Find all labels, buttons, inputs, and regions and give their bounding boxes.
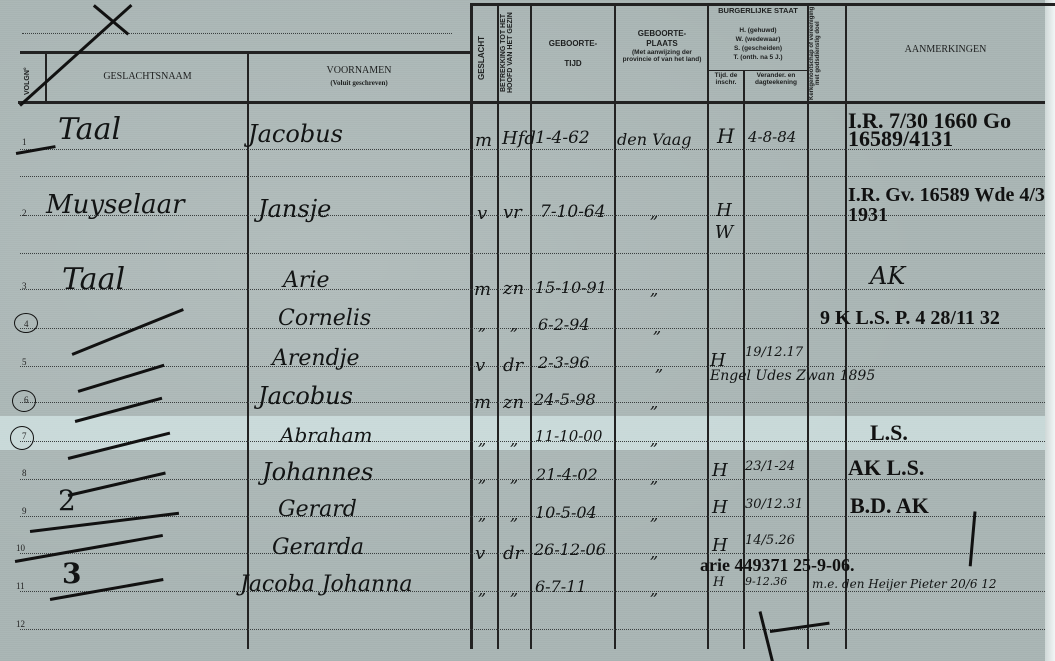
given-row-10: Gerarda	[272, 535, 364, 560]
margin-mark-11: 3	[62, 557, 81, 590]
row-number-9: 9	[22, 506, 27, 516]
birthdate-row-10: 26-12-06	[534, 540, 606, 559]
sex-row-8: „	[478, 467, 486, 486]
birthdate-row-8: 21-4-02	[536, 465, 598, 484]
birthdate-row-2: 7-10-64	[540, 202, 606, 222]
given-row-1: Jacobus	[248, 120, 343, 148]
birthdate-row-6: 24-5-98	[534, 390, 596, 409]
relation-row-7: „	[510, 430, 518, 449]
birthplace-row-4: „	[653, 318, 661, 337]
sex-row-1: m	[475, 130, 492, 151]
birthdate-row-3: 15-10-91	[535, 278, 607, 297]
header-voornamen: VOORNAMEN	[250, 66, 468, 77]
cross-mark-diagonal	[19, 4, 132, 107]
bs-sub-rule	[709, 70, 807, 71]
header-geslacht: GESLACHT	[478, 22, 486, 94]
header-betrekking: BETREKKING TOT HET HOOFD VAN HET GEZIN	[500, 8, 528, 98]
remarks-row-1: I.R. 7/30 1660 Go 16589/4131	[848, 112, 1048, 148]
vertical-mark	[969, 511, 977, 566]
row-number-8: 8	[22, 468, 27, 478]
status-row-10: H	[712, 535, 728, 556]
given-row-11: Jacoba Johanna	[240, 572, 413, 597]
status-change-row-10: 14/5.26	[745, 533, 795, 548]
header-geboorteplaats-2: PLAATS	[616, 40, 708, 48]
ditto-strike-8	[68, 472, 166, 497]
header-voornamen-sub: (Voluit geschreven)	[250, 80, 468, 87]
given-row-8: Johannes	[262, 458, 373, 486]
birthdate-row-5: 2-3-96	[538, 353, 590, 372]
header-bs-s: S. (gescheiden)	[709, 46, 807, 53]
sex-row-3: m	[474, 279, 491, 300]
remarks-row-10: arie 449371 25-9-06.	[700, 555, 854, 576]
ditto-strike-5	[78, 364, 165, 393]
relation-row-9: „	[510, 505, 518, 524]
remarks-row-11: m.e. den Heijer Pieter 20/6 12	[812, 577, 997, 591]
check-mark-stroke-2	[770, 622, 830, 633]
margin-mark-9: 2	[58, 484, 76, 517]
remarks-row-9: B.D. AK	[850, 493, 929, 519]
given-row-6: Jacobus	[258, 382, 353, 410]
status-change-row-1: 4-8-84	[748, 128, 796, 146]
row-rule-10	[20, 553, 1045, 554]
header-bs-h: H. (gehuwd)	[709, 28, 807, 35]
relation-row-2: vr	[503, 202, 522, 223]
header-geslachtsnaam: GESLACHTSNAAM	[50, 72, 245, 83]
row-rule-1b	[20, 176, 1045, 177]
ditto-strike-4	[72, 308, 184, 355]
row-rule-12	[20, 629, 1045, 630]
relation-row-11: „	[510, 580, 518, 599]
relation-row-10: dr	[503, 543, 523, 564]
given-row-4: Cornelis	[278, 306, 371, 331]
row-number-5: 5	[22, 357, 27, 367]
circle-mark-4	[14, 313, 38, 333]
status-row-2: H W	[714, 200, 734, 244]
birthplace-row-2: „	[650, 203, 658, 222]
header-geboortetijd-1: GEBOORTE-	[532, 40, 614, 48]
sex-row-9: „	[478, 505, 486, 524]
birthdate-row-11: 6-7-11	[535, 577, 587, 596]
header-top-rule-left	[20, 51, 472, 54]
col-line-voornamen	[470, 53, 473, 649]
row-number-11: 11	[16, 581, 25, 591]
relation-row-4: „	[510, 315, 518, 334]
row-number-3: 3	[22, 281, 27, 291]
remarks-row-5: Engel Udes Zwan 1895	[710, 368, 875, 384]
given-row-9: Gerard	[278, 497, 357, 522]
relation-row-3: zn	[503, 278, 524, 299]
header-geboorteplaats-sub: (Met aanwijzing der provincie of van het…	[618, 50, 706, 64]
remarks-row-4: 9 K L.S. P. 4 28/11 32	[820, 307, 1000, 330]
remarks-row-8: AK L.S.	[848, 455, 924, 481]
header-bs-w: W. (wedewaar)	[709, 37, 807, 44]
remarks-row-7: L.S.	[870, 420, 908, 446]
status-change-row-9: 30/12.31	[745, 497, 803, 512]
status-change-row-11: 9-12.36	[745, 575, 787, 588]
header-bs-t: T. (onth. na 5 J.)	[709, 55, 807, 62]
given-row-3: Arie	[283, 268, 329, 293]
given-row-7: Abraham	[280, 423, 373, 447]
header-bottom-rule	[18, 101, 1045, 104]
status-change-row-5: 19/12.17	[745, 345, 803, 360]
row-rule-11	[20, 591, 1045, 592]
ditto-strike-9	[30, 512, 179, 533]
sex-row-11: „	[478, 580, 486, 599]
given-row-2: Jansje	[258, 195, 331, 223]
row-rule-5	[20, 366, 1045, 367]
relation-row-8: „	[510, 467, 518, 486]
birthplace-row-5: „	[655, 356, 663, 375]
sex-row-10: v	[475, 543, 485, 564]
birthplace-row-10: „	[650, 543, 658, 562]
birthdate-row-1: 1-4-62	[535, 128, 590, 148]
sex-row-7: „	[478, 430, 486, 449]
header-geboorteplaats-1: GEBOORTE-	[616, 30, 708, 38]
birthdate-row-7: 11-10-00	[535, 427, 602, 445]
header-geboortetijd-2: TIJD	[532, 60, 614, 68]
sex-row-5: v	[475, 355, 485, 376]
status-row-8: H	[712, 460, 728, 481]
header-burgerlijke-staat: BURGERLIJKE STAAT	[709, 7, 807, 15]
birthdate-row-9: 10-5-04	[535, 503, 597, 522]
status-change-row-8: 23/1-24	[745, 459, 795, 474]
relation-row-1: Hfd	[502, 128, 536, 149]
birthplace-row-7: „	[650, 430, 658, 449]
header-step-line	[470, 3, 473, 53]
given-row-5: Arendje	[272, 346, 360, 371]
card-edge	[1045, 0, 1055, 661]
birthplace-row-3: „	[650, 280, 658, 299]
birthplace-row-11: „	[650, 580, 658, 599]
circle-mark-6	[12, 390, 36, 412]
row-rule-2b	[20, 253, 1045, 254]
header-kerkgenootschap: Kerkgenootschap of vereeniging met godsd…	[809, 6, 843, 100]
ditto-strike-10	[15, 534, 163, 563]
remarks-row-2: I.R. Gv. 16589 Wde 4/3 1931	[848, 185, 1048, 225]
sex-row-6: m	[474, 392, 491, 413]
relation-row-5: dr	[503, 355, 523, 376]
row-number-1: 1	[22, 137, 27, 147]
birthplace-row-6: „	[650, 393, 658, 412]
surname-row-1: Taal	[58, 112, 121, 147]
birthdate-row-4: 6-2-94	[538, 315, 590, 334]
birthplace-row-8: „	[650, 468, 658, 487]
header-aanmerkingen: AANMERKINGEN	[848, 45, 1043, 56]
surname-row-3: Taal	[62, 262, 125, 297]
status-row-11: H	[713, 575, 724, 590]
row-number-12: 12	[16, 619, 25, 629]
sex-row-4: „	[478, 315, 486, 334]
status-row-1: H	[717, 124, 734, 148]
birthplace-row-1: den Vaag	[617, 130, 692, 149]
relation-row-6: zn	[503, 392, 524, 413]
row-rule-6	[20, 402, 1045, 403]
sex-row-2: v	[477, 203, 487, 224]
register-card: VOLGN° GESLACHTSNAAM VOORNAMEN (Voluit g…	[0, 0, 1055, 661]
header-bs-tijd: Tijd. de inschr.	[709, 73, 743, 87]
status-row-9: H	[712, 497, 728, 518]
row-number-10: 10	[16, 543, 25, 553]
header-bs-verander: Verander. en dagteekening	[745, 73, 807, 87]
top-dotted-line	[22, 33, 452, 34]
check-mark-stroke-1	[759, 611, 774, 661]
remarks-row-3: AK	[870, 262, 905, 290]
circle-mark-7	[10, 426, 34, 450]
row-number-2: 2	[22, 208, 27, 218]
birthplace-row-9: „	[650, 505, 658, 524]
surname-row-2: Muyselaar	[46, 190, 185, 220]
